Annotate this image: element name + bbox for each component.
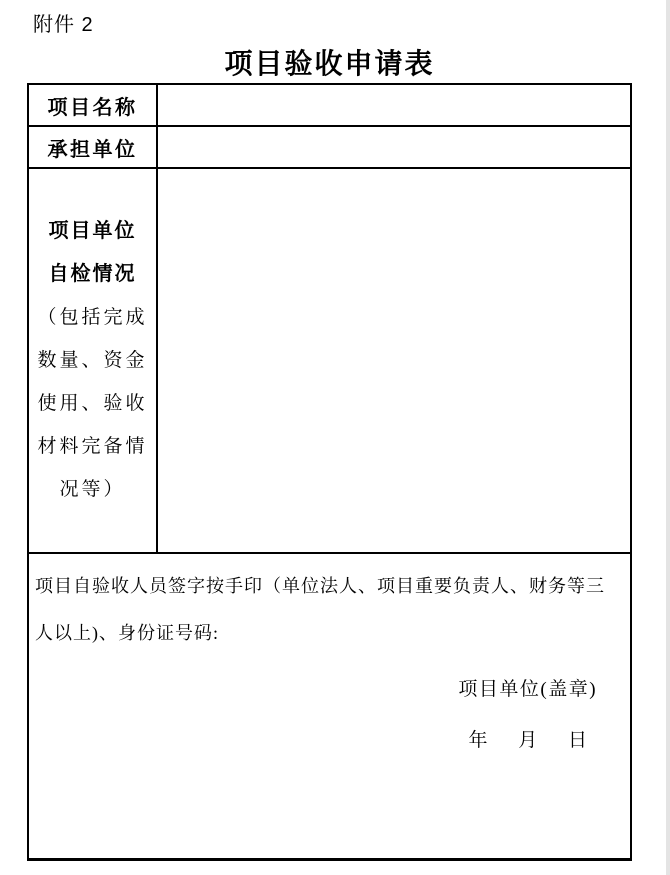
undertaking-unit-input-cell[interactable] [158, 127, 630, 167]
date-line: 年 月 日 [455, 725, 600, 752]
self-check-row: 项目单位 自检情况 （包括完成 数量、资金 使用、验收 材料完备情 况等） [29, 169, 630, 554]
document-page: 附件 2 项目验收申请表 项目名称 承担单位 项目单位 自检情况 （包括完成 数… [0, 0, 670, 875]
signature-section: 项目自验收人员签字按手印（单位法人、项目重要负责人、财务等三 人以上)、身份证号… [29, 554, 630, 858]
self-check-label-note-line: 材料完备情 [37, 425, 147, 468]
signature-instruction-line-1: 项目自验收人员签字按手印（单位法人、项目重要负责人、财务等三 [35, 563, 624, 610]
project-name-input-cell[interactable] [158, 85, 630, 125]
page-title: 项目验收申请表 [27, 42, 632, 82]
project-name-row: 项目名称 [29, 85, 630, 127]
signature-instruction-line-2: 人以上)、身份证号码: [35, 610, 624, 657]
stamp-date-block: 项目单位(盖章) 年 月 日 [455, 674, 600, 752]
viewer-right-edge [666, 0, 670, 875]
year-label: 年 [468, 725, 487, 752]
attachment-label: 附件 2 [33, 8, 94, 37]
self-check-label-note-line: （包括完成 [37, 296, 147, 339]
self-check-label-line: 自检情况 [49, 253, 137, 296]
month-label: 月 [518, 725, 537, 752]
self-check-label-line: 项目单位 [49, 210, 137, 253]
self-check-label-note-line: 数量、资金 [37, 339, 147, 382]
self-check-label: 项目单位 自检情况 （包括完成 数量、资金 使用、验收 材料完备情 况等） [29, 169, 158, 552]
project-name-label: 项目名称 [29, 85, 158, 125]
undertaking-unit-label: 承担单位 [29, 127, 158, 167]
self-check-label-note-line: 况等） [59, 468, 125, 511]
day-label: 日 [568, 725, 587, 752]
self-check-label-note-line: 使用、验收 [37, 382, 147, 425]
self-check-input-cell[interactable] [158, 169, 630, 552]
application-form-table: 项目名称 承担单位 项目单位 自检情况 （包括完成 数量、资金 使用、验收 材料… [27, 83, 632, 861]
unit-stamp-label: 项目单位(盖章) [455, 674, 600, 701]
undertaking-unit-row: 承担单位 [29, 127, 630, 169]
